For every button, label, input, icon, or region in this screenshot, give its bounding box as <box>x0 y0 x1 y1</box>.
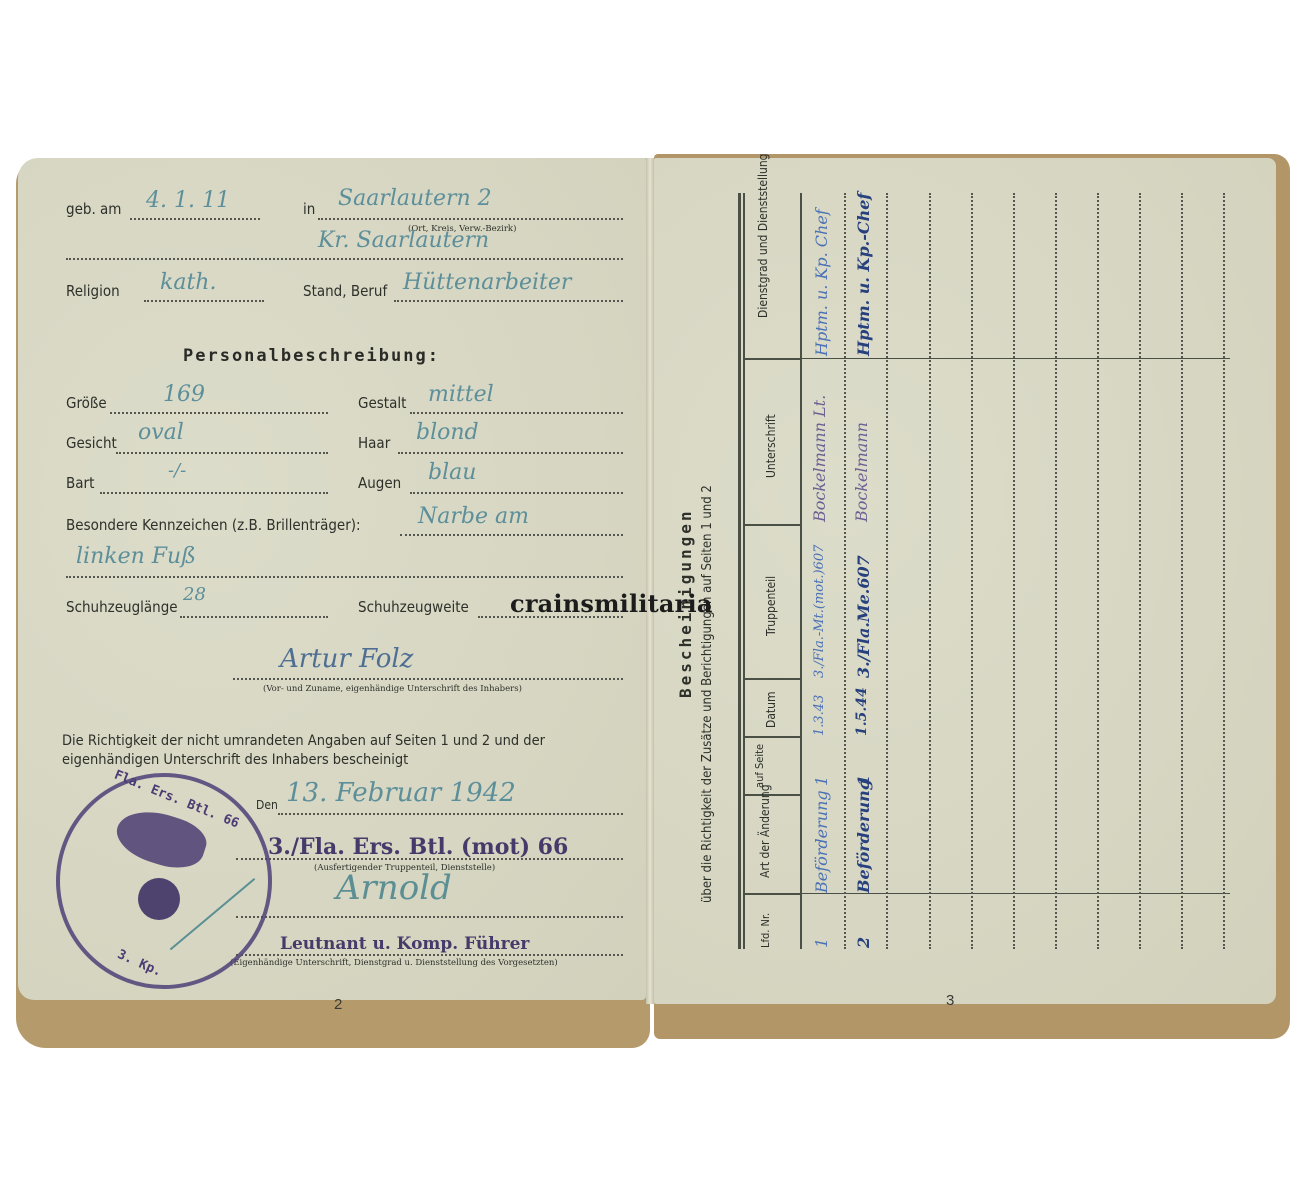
table-outer-line-inner <box>743 193 745 949</box>
in-label: in <box>303 200 315 218</box>
page-number-right: 3 <box>946 992 954 1009</box>
face-value: oval <box>138 420 184 445</box>
officer-hint: (Eigenhändige Unterschrift, Dienstgrad u… <box>230 958 558 968</box>
eyes-value: blau <box>428 460 476 485</box>
eyes-line <box>410 492 623 494</box>
height-label: Größe <box>66 394 107 412</box>
row-line-1 <box>844 193 846 949</box>
header-sep-1 <box>745 358 800 360</box>
row1-change: Beförderung <box>812 790 831 893</box>
height-value: 169 <box>163 382 205 407</box>
religion-line <box>144 300 264 302</box>
row1-nr: 1 <box>812 938 831 948</box>
row2-date: 1.5.44 <box>854 687 870 736</box>
row1-date: 1.3.43 <box>812 695 827 736</box>
marks-label: Besondere Kennzeichen (z.B. Brillenträge… <box>66 516 361 534</box>
face-line <box>116 452 328 454</box>
profession-label: Stand, Beruf <box>303 282 387 300</box>
marks-line-2 <box>66 576 623 578</box>
officer-rank-stamp: Leutnant u. Komp. Führer <box>280 934 529 954</box>
marks-value-2: linken Fuß <box>76 544 196 569</box>
row-line-2 <box>886 193 888 949</box>
certification-text: Die Richtigkeit der nicht umrandeten Ang… <box>62 732 632 770</box>
row-line-5 <box>1013 193 1015 949</box>
holder-signature-line <box>233 678 623 680</box>
header-nr: Lfd. Nr. <box>758 913 773 948</box>
header-sep-4 <box>745 736 800 738</box>
unit-stamp: 3./Fla. Ers. Btl. (mot) 66 <box>268 834 568 860</box>
date-label: Den <box>256 798 278 812</box>
table-outer-line <box>738 193 741 949</box>
row-line-10 <box>1223 193 1225 949</box>
face-label: Gesicht <box>66 434 117 452</box>
page-left: geb. am 4. 1. 11 in Saarlautern 2 (Ort, … <box>18 158 646 1000</box>
holder-signature: Artur Folz <box>280 644 413 674</box>
hair-label: Haar <box>358 434 390 452</box>
row1-signature: Bockelmann Lt. <box>810 395 829 522</box>
hair-line <box>398 452 623 454</box>
born-value: 4. 1. 11 <box>146 188 230 213</box>
marks-line-1 <box>400 534 623 536</box>
row-line-9 <box>1181 193 1183 949</box>
header-sep-6 <box>745 893 800 895</box>
hair-value: blond <box>416 420 479 445</box>
build-value: mittel <box>428 382 494 407</box>
row-line-3 <box>929 193 931 949</box>
born-line <box>130 218 260 220</box>
holder-signature-hint: (Vor- und Zuname, eigenhändige Unterschr… <box>263 684 522 694</box>
eyes-label: Augen <box>358 474 401 492</box>
row-rule-1 <box>800 358 1230 359</box>
beard-value: -/- <box>168 460 186 481</box>
district-line <box>66 258 623 260</box>
row2-page: 1 <box>854 775 873 786</box>
header-rank: Dienstgrad und Dienststellung <box>756 153 771 318</box>
soldbuch-open-spread: geb. am 4. 1. 11 in Saarlautern 2 (Ort, … <box>14 150 1289 1045</box>
book-spine-fold <box>646 158 654 1004</box>
row1-rank: Hptm. u. Kp. Chef <box>812 209 831 356</box>
height-line <box>110 412 328 414</box>
profession-line <box>394 300 623 302</box>
description-heading: Personalbeschreibung: <box>183 346 440 366</box>
religion-value: kath. <box>160 270 216 295</box>
row-rule-bottom <box>800 893 1230 894</box>
row2-change: Beförderung <box>854 779 873 893</box>
shoe-width-label: Schuhzeugweite <box>358 598 469 616</box>
officer-rank-line <box>236 954 623 956</box>
header-sep-3 <box>745 678 800 680</box>
religion-label: Religion <box>66 282 120 300</box>
beard-line <box>100 492 328 494</box>
row2-nr: 2 <box>854 937 873 948</box>
header-date: Datum <box>764 691 779 728</box>
row-line-8 <box>1139 193 1141 949</box>
row-line-7 <box>1097 193 1099 949</box>
page-right: Bescheinigungen über die Richtigkeit der… <box>654 158 1276 1004</box>
page-number-left: 2 <box>334 996 342 1013</box>
row1-page: 1 <box>812 776 831 786</box>
header-signature: Unterschrift <box>764 414 779 478</box>
shoe-length-label: Schuhzeuglänge <box>66 598 178 616</box>
header-change-type: Art der Änderung <box>758 784 773 878</box>
watermark: crainsmilitaria <box>510 589 713 618</box>
table-header-divider <box>800 193 802 949</box>
date-line <box>278 813 623 815</box>
header-rank-label: Dienstgrad und Dienststellung <box>756 153 770 318</box>
build-line <box>410 412 623 414</box>
row-line-6 <box>1055 193 1057 949</box>
header-unit: Truppenteil <box>764 576 779 636</box>
born-label: geb. am <box>66 200 121 218</box>
place-value: Saarlautern 2 <box>338 186 492 211</box>
officer-signature-line <box>236 916 623 918</box>
place-line <box>318 218 623 220</box>
header-sep-2 <box>745 524 800 526</box>
shoe-length-value: 28 <box>183 584 206 605</box>
unit-line <box>236 858 623 860</box>
district-value: Kr. Saarlautern <box>318 228 489 253</box>
beard-label: Bart <box>66 474 94 492</box>
date-value: 13. Februar 1942 <box>286 778 516 808</box>
shoe-length-line <box>180 616 328 618</box>
row-line-4 <box>971 193 973 949</box>
marks-value-1: Narbe am <box>418 504 529 529</box>
row2-signature: Bockelmann <box>852 422 871 522</box>
profession-value: Hüttenarbeiter <box>403 270 571 295</box>
row2-unit: 3./Fla.Me.607 <box>854 555 873 678</box>
build-label: Gestalt <box>358 394 406 412</box>
header-page: auf Seite <box>752 744 767 788</box>
page-subtitle: über die Richtigkeit der Zusätze und Ber… <box>700 485 715 903</box>
row1-unit: 3./Fla.-Mt.(mot.)607 <box>812 545 827 678</box>
officer-signature: Arnold <box>336 868 452 908</box>
swastika-wreath-icon <box>138 878 180 920</box>
row2-rank: Hptm. u. Kp.-Chef <box>854 193 873 356</box>
